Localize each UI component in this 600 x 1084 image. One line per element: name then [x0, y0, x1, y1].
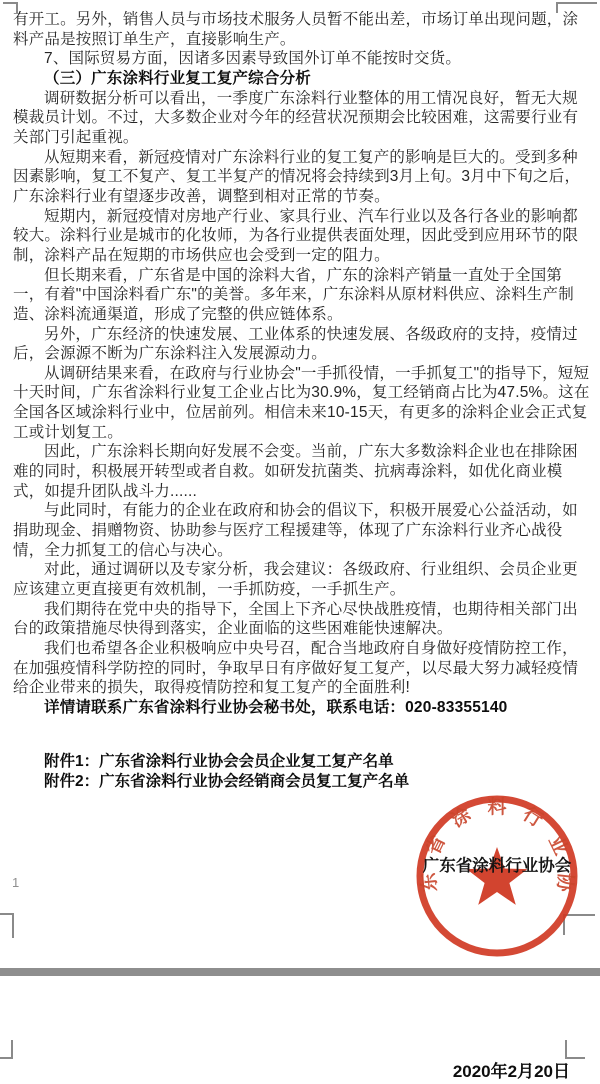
attachment-item: 附件1：广东省涂料行业协会会员企业复工复产名单: [44, 752, 409, 772]
body-line: 对此，通过调研以及专家分析，我会建议：各级政府、行业组织、会员企业更: [13, 560, 593, 580]
contact-line: 详情请联系广东省涂料行业协会秘书处，联系电话：020-83355140: [13, 698, 593, 718]
section-heading: （三）广东涂料行业复工复产综合分析: [13, 69, 593, 89]
body-line: 有开工。另外，销售人员与市场技术服务人员暂不能出差，市场订单出现问题，涂: [13, 10, 593, 30]
body-line: 捐助现金、捐赠物资、协助参与医疗工程援建等，体现了广东涂料行业齐心战役: [13, 521, 593, 541]
body-line: 较大。涂料行业是城市的化妆师，为各行业提供表面处理，因此受到应用环节的限: [13, 226, 593, 246]
body-line: 我们期待在党中央的指导下，全国上下齐心尽快战胜疫情，也期待相关部门出: [13, 600, 593, 620]
margin-mark-page2-left: [0, 1040, 13, 1059]
body-line: 因此，广东涂料长期向好发展不会变。当前，广东大多数涂料企业也在排除困: [13, 442, 593, 462]
document-date: 2020年2月20日: [453, 1057, 570, 1082]
attachment-list: 附件1：广东省涂料行业协会会员企业复工复产名单 附件2：广东省涂料行业协会经销商…: [44, 752, 409, 792]
body-line: 从调研结果来看，在政府与行业协会"一手抓役情，一手抓复工"的指导下，短短: [13, 364, 593, 384]
body-line: 一，有着"中国涂料看广东"的美誉。多年来，广东涂料从原材料供应、涂料生产制: [13, 285, 593, 305]
document-page: 有开工。另外，销售人员与市场技术服务人员暂不能出差，市场订单出现问题，涂 料产品…: [0, 0, 600, 1084]
page-separator: [0, 968, 600, 976]
body-line: 与此同时，有能力的企业在政府和协会的倡议下，积极开展爱心公益活动，如: [13, 501, 593, 521]
body-line: 制，涂料产品在短期的市场供应也会受到一定的阻力。: [13, 246, 593, 266]
official-seal: 广东省涂料行业协会 广东省涂料行业协会: [412, 791, 582, 961]
body-line: 难的同时，积极展开转型或者自救。如研发抗菌类、抗病毒涂料，如优化商业模: [13, 462, 593, 482]
body-line: 模裁员计划。不过，大多数企业对今年的经营状况预期会比较困难，这需要行业有: [13, 108, 593, 128]
body-line: 7、国际贸易方面，因诸多因素导致国外订单不能按时交货。: [13, 49, 593, 69]
body-line: 关部门引起重视。: [13, 128, 593, 148]
body-line: 十天时间，广东省涂料行业复工企业占比为30.9%，复工经销商占比为47.5%。这…: [13, 383, 593, 403]
body-line: 全国各区域涂料行业中，位居前列。相信未来10-15天，有更多的涂料企业会正式复: [13, 403, 593, 423]
body-line: 在加强疫情科学防控的同时，争取早日有序做好复工复产，以尽最大努力减轻疫情: [13, 659, 593, 679]
seal-organization-name: 广东省涂料行业协会: [421, 852, 573, 876]
body-line: 从短期来看，新冠疫情对广东涂料行业的复工复产的影响是巨大的。受到多种: [13, 148, 593, 168]
body-line: 给企业带来的损失，取得疫情防控和复工复产的全面胜利!: [13, 678, 593, 698]
document-body: 有开工。另外，销售人员与市场技术服务人员暂不能出差，市场订单出现问题，涂 料产品…: [13, 10, 593, 718]
body-line: 台的政策措施尽快得到落实，企业面临的这些困难能快速解决。: [13, 619, 593, 639]
attachment-item: 附件2：广东省涂料行业协会经销商会员复工复产名单: [44, 772, 409, 792]
seal-graphic: 广东省涂料行业协会: [412, 791, 582, 961]
body-line: 工或计划复工。: [13, 423, 593, 443]
body-line: 后，会源源不断为广东涂料注入发展源动力。: [13, 344, 593, 364]
body-line: 另外，广东经济的快速发展、工业体系的快速发展、各级政府的支持，疫情过: [13, 325, 593, 345]
body-line: 情，全力抓复工的信心与决心。: [13, 541, 593, 561]
body-line: 造、涂料流通渠道，形成了完整的供应链体系。: [13, 305, 593, 325]
body-line: 式，如提升团队战斗力......: [13, 482, 593, 502]
margin-mark-bottom-left: [0, 913, 14, 938]
body-line: 应该建立更直接更有效机制，一手抓防疫，一手抓生产。: [13, 580, 593, 600]
body-line: 因素影响，复工不复产、复工半复产的情况将会持续到3月上旬。3月中下旬之后，: [13, 167, 593, 187]
body-line: 短期内，新冠疫情对房地产行业、家具行业、汽车行业以及各行各业的影响都: [13, 207, 593, 227]
body-line: 我们也希望各企业积极响应中央号召，配合当地政府自身做好疫情防控工作，: [13, 639, 593, 659]
body-line: 广东涂料行业有望逐步改善，调整到相对正常的节奏。: [13, 187, 593, 207]
page-number: 1: [12, 875, 19, 890]
body-line: 调研数据分析可以看出，一季度广东涂料行业整体的用工情况良好，暂无大规: [13, 89, 593, 109]
body-line: 料产品是按照订单生产，直接影响生产。: [13, 30, 593, 50]
body-line: 但长期来看，广东省是中国的涂料大省，广东的涂料产销量一直处于全国第: [13, 266, 593, 286]
